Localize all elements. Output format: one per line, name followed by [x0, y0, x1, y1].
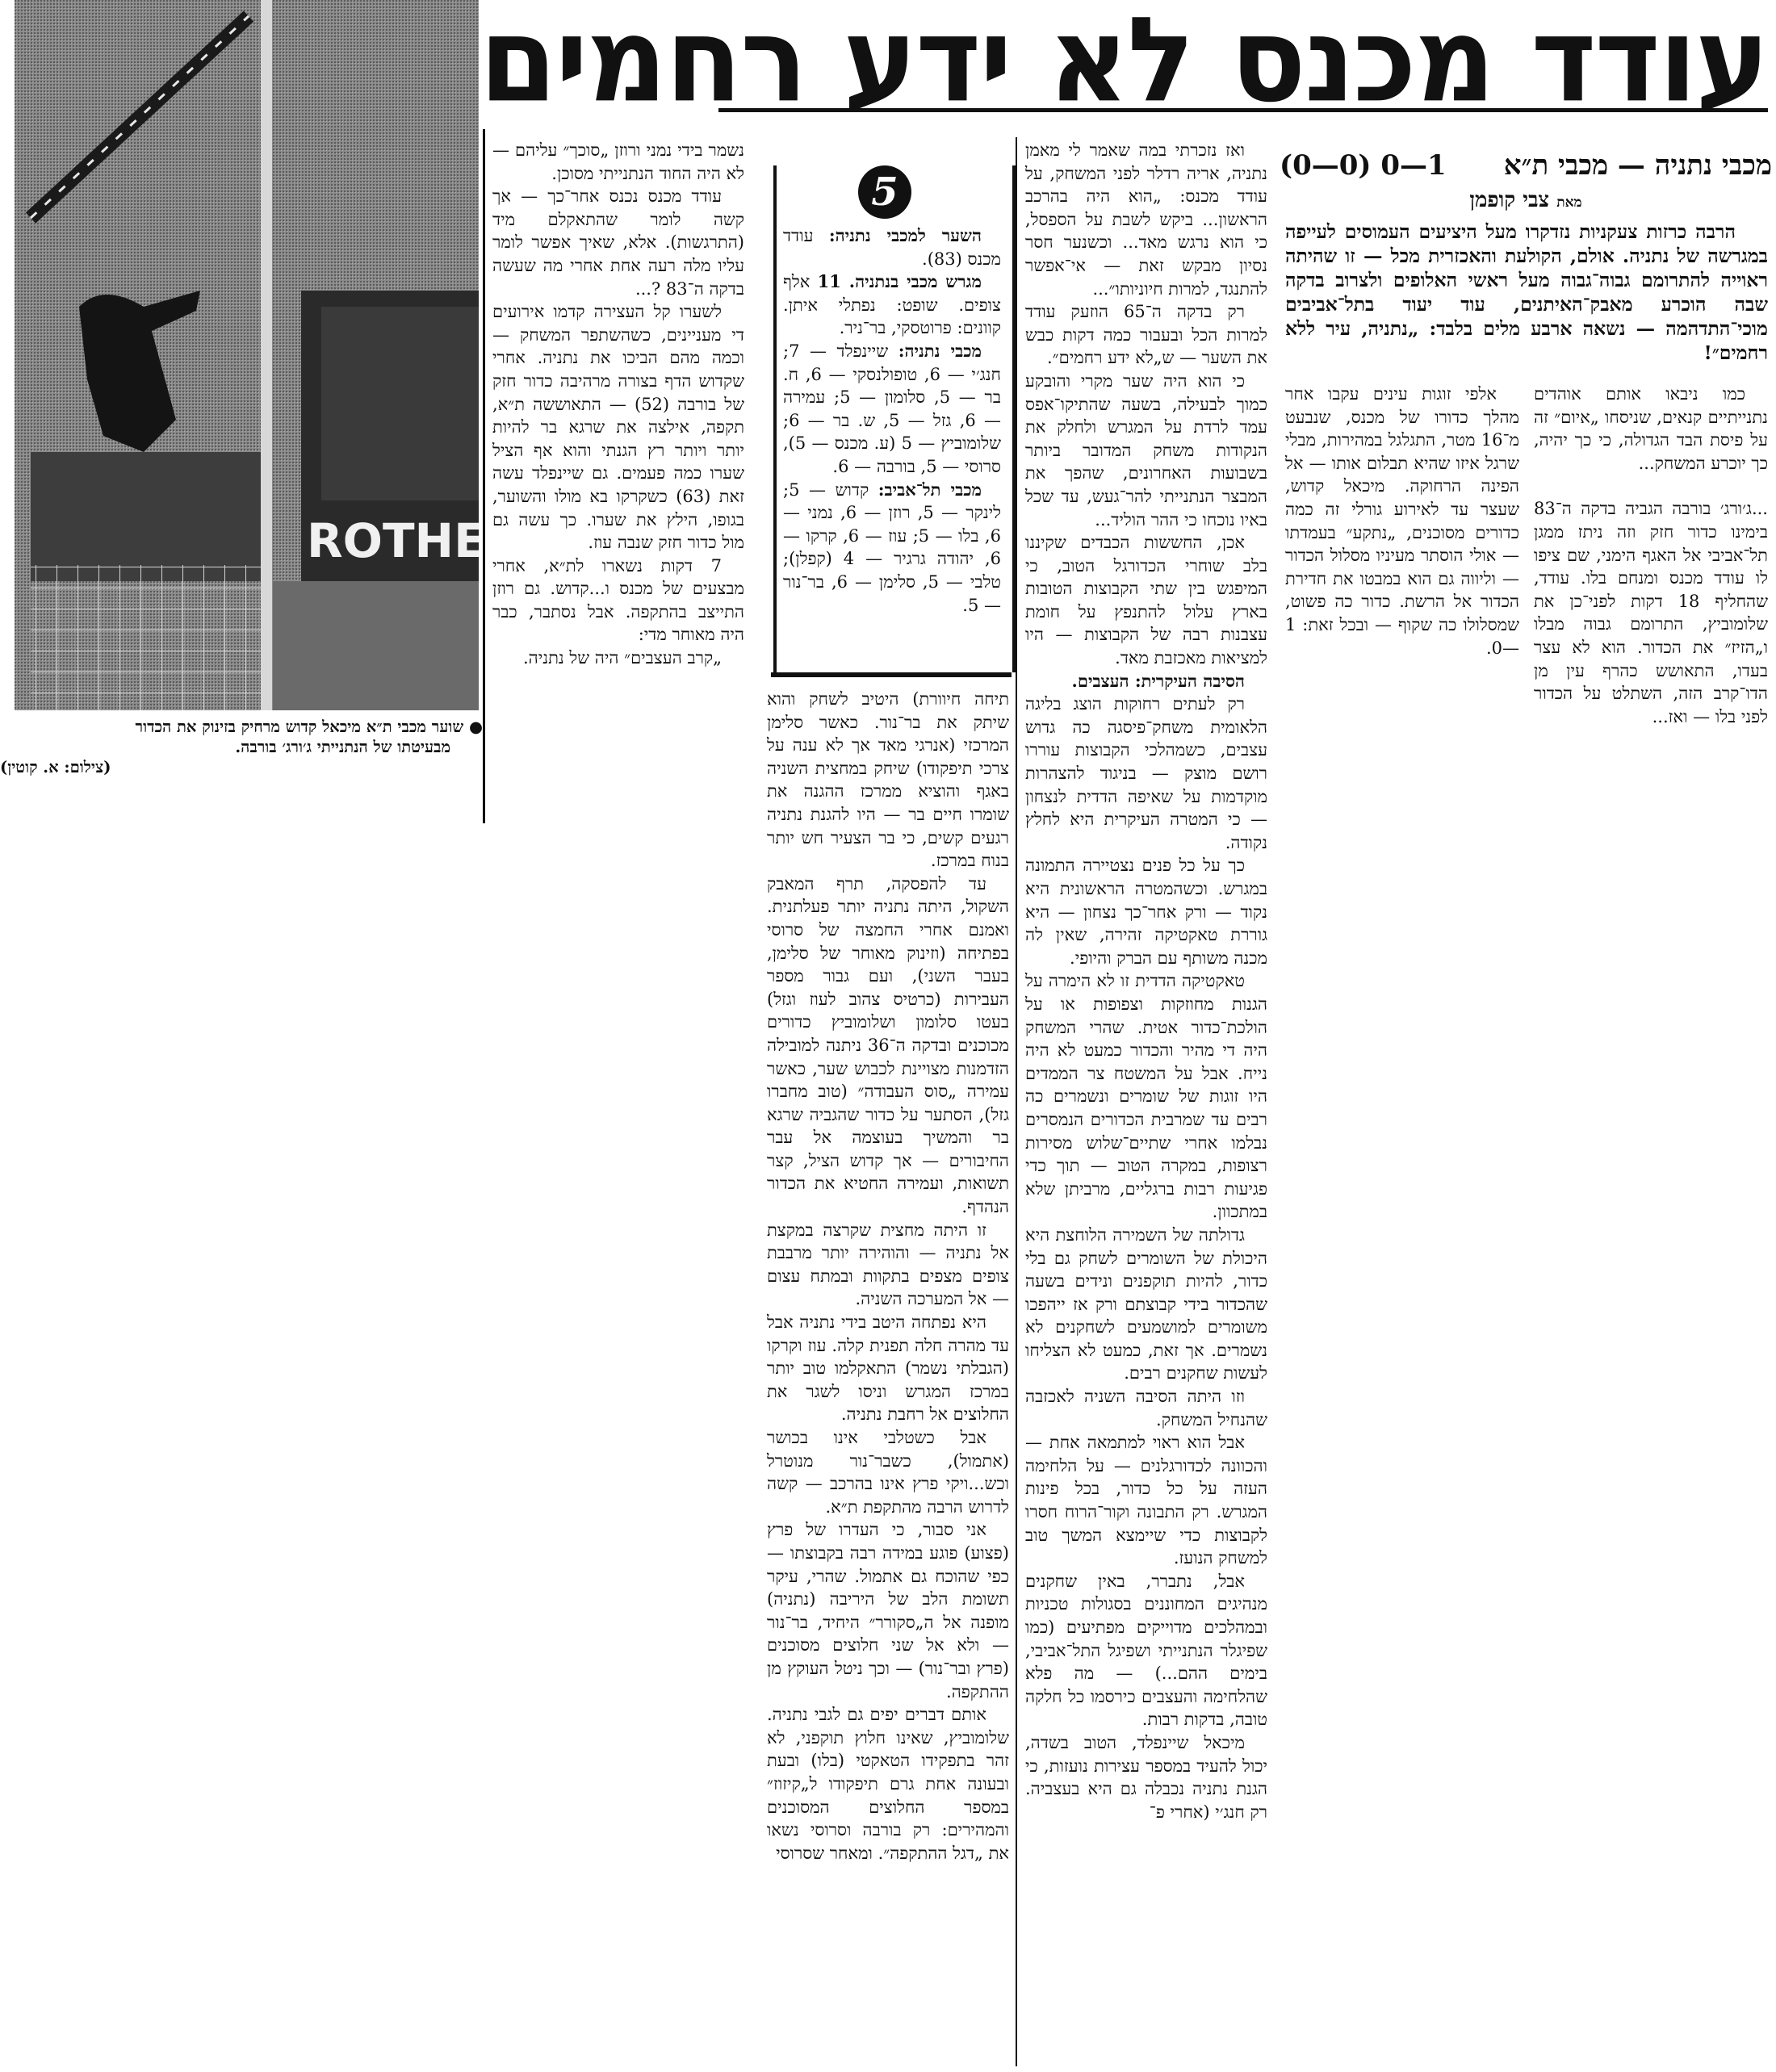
article-column-2: אלפי זוגות עינים עקבו אחר מהלך כדורו של … [1285, 383, 1519, 659]
article-column-4: תיחה חיוורת) היטיב לשחק והוא שיתק את בר־… [767, 688, 1009, 1865]
paragraph: כך על כל פנים נצטיירה התמונה במגרש. וכשה… [1025, 854, 1267, 969]
headline: עודד מכנס לא ידע רחמים [492, 0, 1768, 124]
paragraph: אכן, החששות הכבדים שקיננו בלב שוחרי הכדו… [1025, 531, 1267, 670]
paragraph: לשערו קל העצירה קדמו אירועים די מעניינים… [492, 300, 744, 555]
headline-rule [718, 108, 1768, 112]
caption-marker-icon: ● [469, 718, 483, 736]
paragraph: אבל כשטלבי אינו בכושר (אתמול), כשבר־נור … [767, 1426, 1009, 1518]
subhead-paragraph: הסיבה העיקרית: העצבים. [1025, 670, 1267, 693]
paragraph: כי הוא היה שער מקרי והובקע כמוך לבעילה, … [1025, 370, 1267, 531]
article-column-3: ואז נזכרתי במה שאמר לי מאמן נתניה, אריה … [1025, 139, 1267, 1823]
paragraph: גדולתה של השמירה הלוחצת היא היכולת של הש… [1025, 1224, 1267, 1385]
paragraph: עד להפסקה, תרף המאבק השקול, היתה נתניה י… [767, 873, 1009, 1219]
paragraph: ואז נזכרתי במה שאמר לי מאמן נתניה, אריה … [1025, 139, 1267, 300]
photo-sign-text: ROTHEF [307, 513, 479, 568]
caption-line-1: שוער מכבי ת״א מיכאל קדוש מרחיק בזינוק את… [136, 718, 464, 736]
stats-box-rule [771, 672, 1012, 677]
caption-line-2: מבעיטתו של הנתנייתי ג׳ורג׳ בורבה. [0, 737, 483, 757]
paragraph: עודד מכנס נכנס אחר־כך — אך קשה לומר שהתא… [492, 185, 744, 300]
paragraph: זו היתה מחצית שקרצה במקצת אל נתניה — והו… [767, 1219, 1009, 1311]
stats-netanya-lineup: מכבי נתניה: שיינפלד — 7; חנג׳י — 6, טופו… [783, 340, 1001, 479]
lead-paragraph: הרבה כרזות צעקניות נזדקרו מעל היציעים הע… [1285, 220, 1768, 365]
rating-badge: 5 [858, 165, 911, 219]
paragraph: היא נפתחה היטב בידי נתניה אבל עד מהרה חל… [767, 1311, 1009, 1426]
paragraph: אבל הוא ראוי למתמאה אחת — והכוונה לכדורג… [1025, 1431, 1267, 1570]
byline-author: צבי קופמן [1469, 188, 1549, 212]
byline-prefix: מאת [1556, 195, 1581, 211]
paragraph: מיכאל שיינפלד, הטוב בשדה, יכול להעיד במס… [1025, 1731, 1267, 1823]
paragraph: רק בדקה ה־65 הוזעק עודד למרות הכל ובעבור… [1025, 300, 1267, 370]
paragraph: אבל, נתברר, באין שחקנים מנהיגים המחוננים… [1025, 1570, 1267, 1731]
paragraph: אני סבור, כי העדרו של פרץ (פצוע) פוגע במ… [767, 1518, 1009, 1703]
paragraph: רק לעתים רחוקות הוצג בליגה הלאומית משחק־… [1025, 693, 1267, 854]
paragraph: „קרב העצבים״ היה של נתניה. [492, 647, 744, 670]
article-lead: הרבה כרזות צעקניות נזדקרו מעל היציעים הע… [1285, 220, 1768, 365]
paragraph: נשמר בידי נמני ורוזן „סוכך״ עליהם — לא ה… [492, 139, 744, 185]
photo-caption: ● שוער מכבי ת״א מיכאל קדוש מרחיק בזינוק … [0, 717, 483, 777]
stats-venue: מגרש מכבי בנתניה. 11 אלף צופים. שופט: נפ… [783, 270, 1001, 340]
column-rule [483, 129, 485, 823]
match-photo: ROTHEF [15, 0, 479, 710]
paragraph: כמו ניבאו אותם אוהדים נתנייתיים קנאים, ש… [1534, 383, 1768, 475]
paragraph: ...ג׳ורג׳ בורבה הגביה בדקה ה־83 בימינו כ… [1534, 497, 1768, 728]
article-column-5: נשמר בידי נמני ורוזן „סוכך״ עליהם — לא ה… [492, 139, 744, 670]
stats-telaviv-lineup: מכבי תל־אביב: קדוש — 5; לינקר — 5, רוזן … [783, 479, 1001, 617]
paragraph: אלפי זוגות עינים עקבו אחר מהלך כדורו של … [1285, 383, 1519, 659]
stats-text: השער למכבי נתניה: עודד מכנס (83). מגרש מ… [783, 224, 1001, 617]
match-score: (0—0) 0—1 [1280, 149, 1447, 182]
paragraph: אותם דברים יפים גם לגבי נתניה. שלומוביץ,… [767, 1703, 1009, 1865]
match-header: מכבי נתניה — מכבי ת״א (0—0) 0—1 [1280, 149, 1772, 182]
byline: מאת צבי קופמן [1280, 188, 1772, 212]
stats-goal: השער למכבי נתניה: עודד מכנס (83). [783, 224, 1001, 270]
match-teams: מכבי נתניה — מכבי ת״א [1504, 149, 1772, 182]
paragraph: 7 דקות נשארו לת״א, אחרי מבצעים של מכנס ו… [492, 555, 744, 647]
photo-credit: (צילום: א. קוטין) [0, 757, 483, 777]
article-column-1: כמו ניבאו אותם אוהדים נתנייתיים קנאים, ש… [1534, 383, 1768, 728]
paragraph: תיחה חיוורת) היטיב לשחק והוא שיתק את בר־… [767, 688, 1009, 873]
paragraph: וזו היתה הסיבה השניה לאכזבה שהנחיל המשחק… [1025, 1385, 1267, 1431]
column-rule [1016, 137, 1017, 2066]
paragraph: טאקטיקה הדדית זו לא הימרה על הגנות מחוזק… [1025, 969, 1267, 1224]
